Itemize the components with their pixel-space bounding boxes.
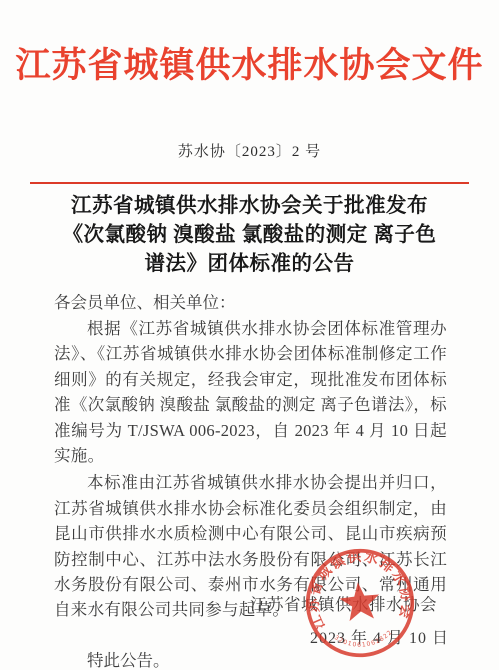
- paragraph-basis: 根据《江苏省城镇供水排水协会团体标准管理办法》、《江苏省城镇供水排水协会团体标准…: [54, 316, 447, 468]
- signature-org: 江苏省城镇供水排水协会: [250, 591, 437, 615]
- notice-title-line-1: 江苏省城镇供水排水协会关于批准发布: [40, 192, 459, 221]
- closing-line: 特此公告。: [54, 647, 447, 670]
- signature-date: 2023 年 4 月 10 日: [250, 625, 449, 648]
- document-page: 江苏省城镇供水排水协会文件 苏水协〔2023〕2 号 江苏省城镇供水排水协会关于…: [0, 0, 499, 670]
- red-divider-line: [30, 182, 469, 184]
- notice-title-line-3: 谱法》团体标准的公告: [40, 250, 459, 279]
- doc-number: 苏水协〔2023〕2 号: [0, 140, 499, 161]
- salutation: 各会员单位、相关单位：: [54, 292, 447, 314]
- signature-block: 江苏省城镇供水排水协会 2023 年 4 月 10 日: [250, 591, 437, 648]
- notice-title: 江苏省城镇供水排水协会关于批准发布 《次氯酸钠 溴酸盐 氯酸盐的测定 离子色 谱…: [40, 192, 459, 279]
- letterhead-title: 江苏省城镇供水排水协会文件: [0, 0, 499, 90]
- notice-title-line-2: 《次氯酸钠 溴酸盐 氯酸盐的测定 离子色: [40, 221, 459, 250]
